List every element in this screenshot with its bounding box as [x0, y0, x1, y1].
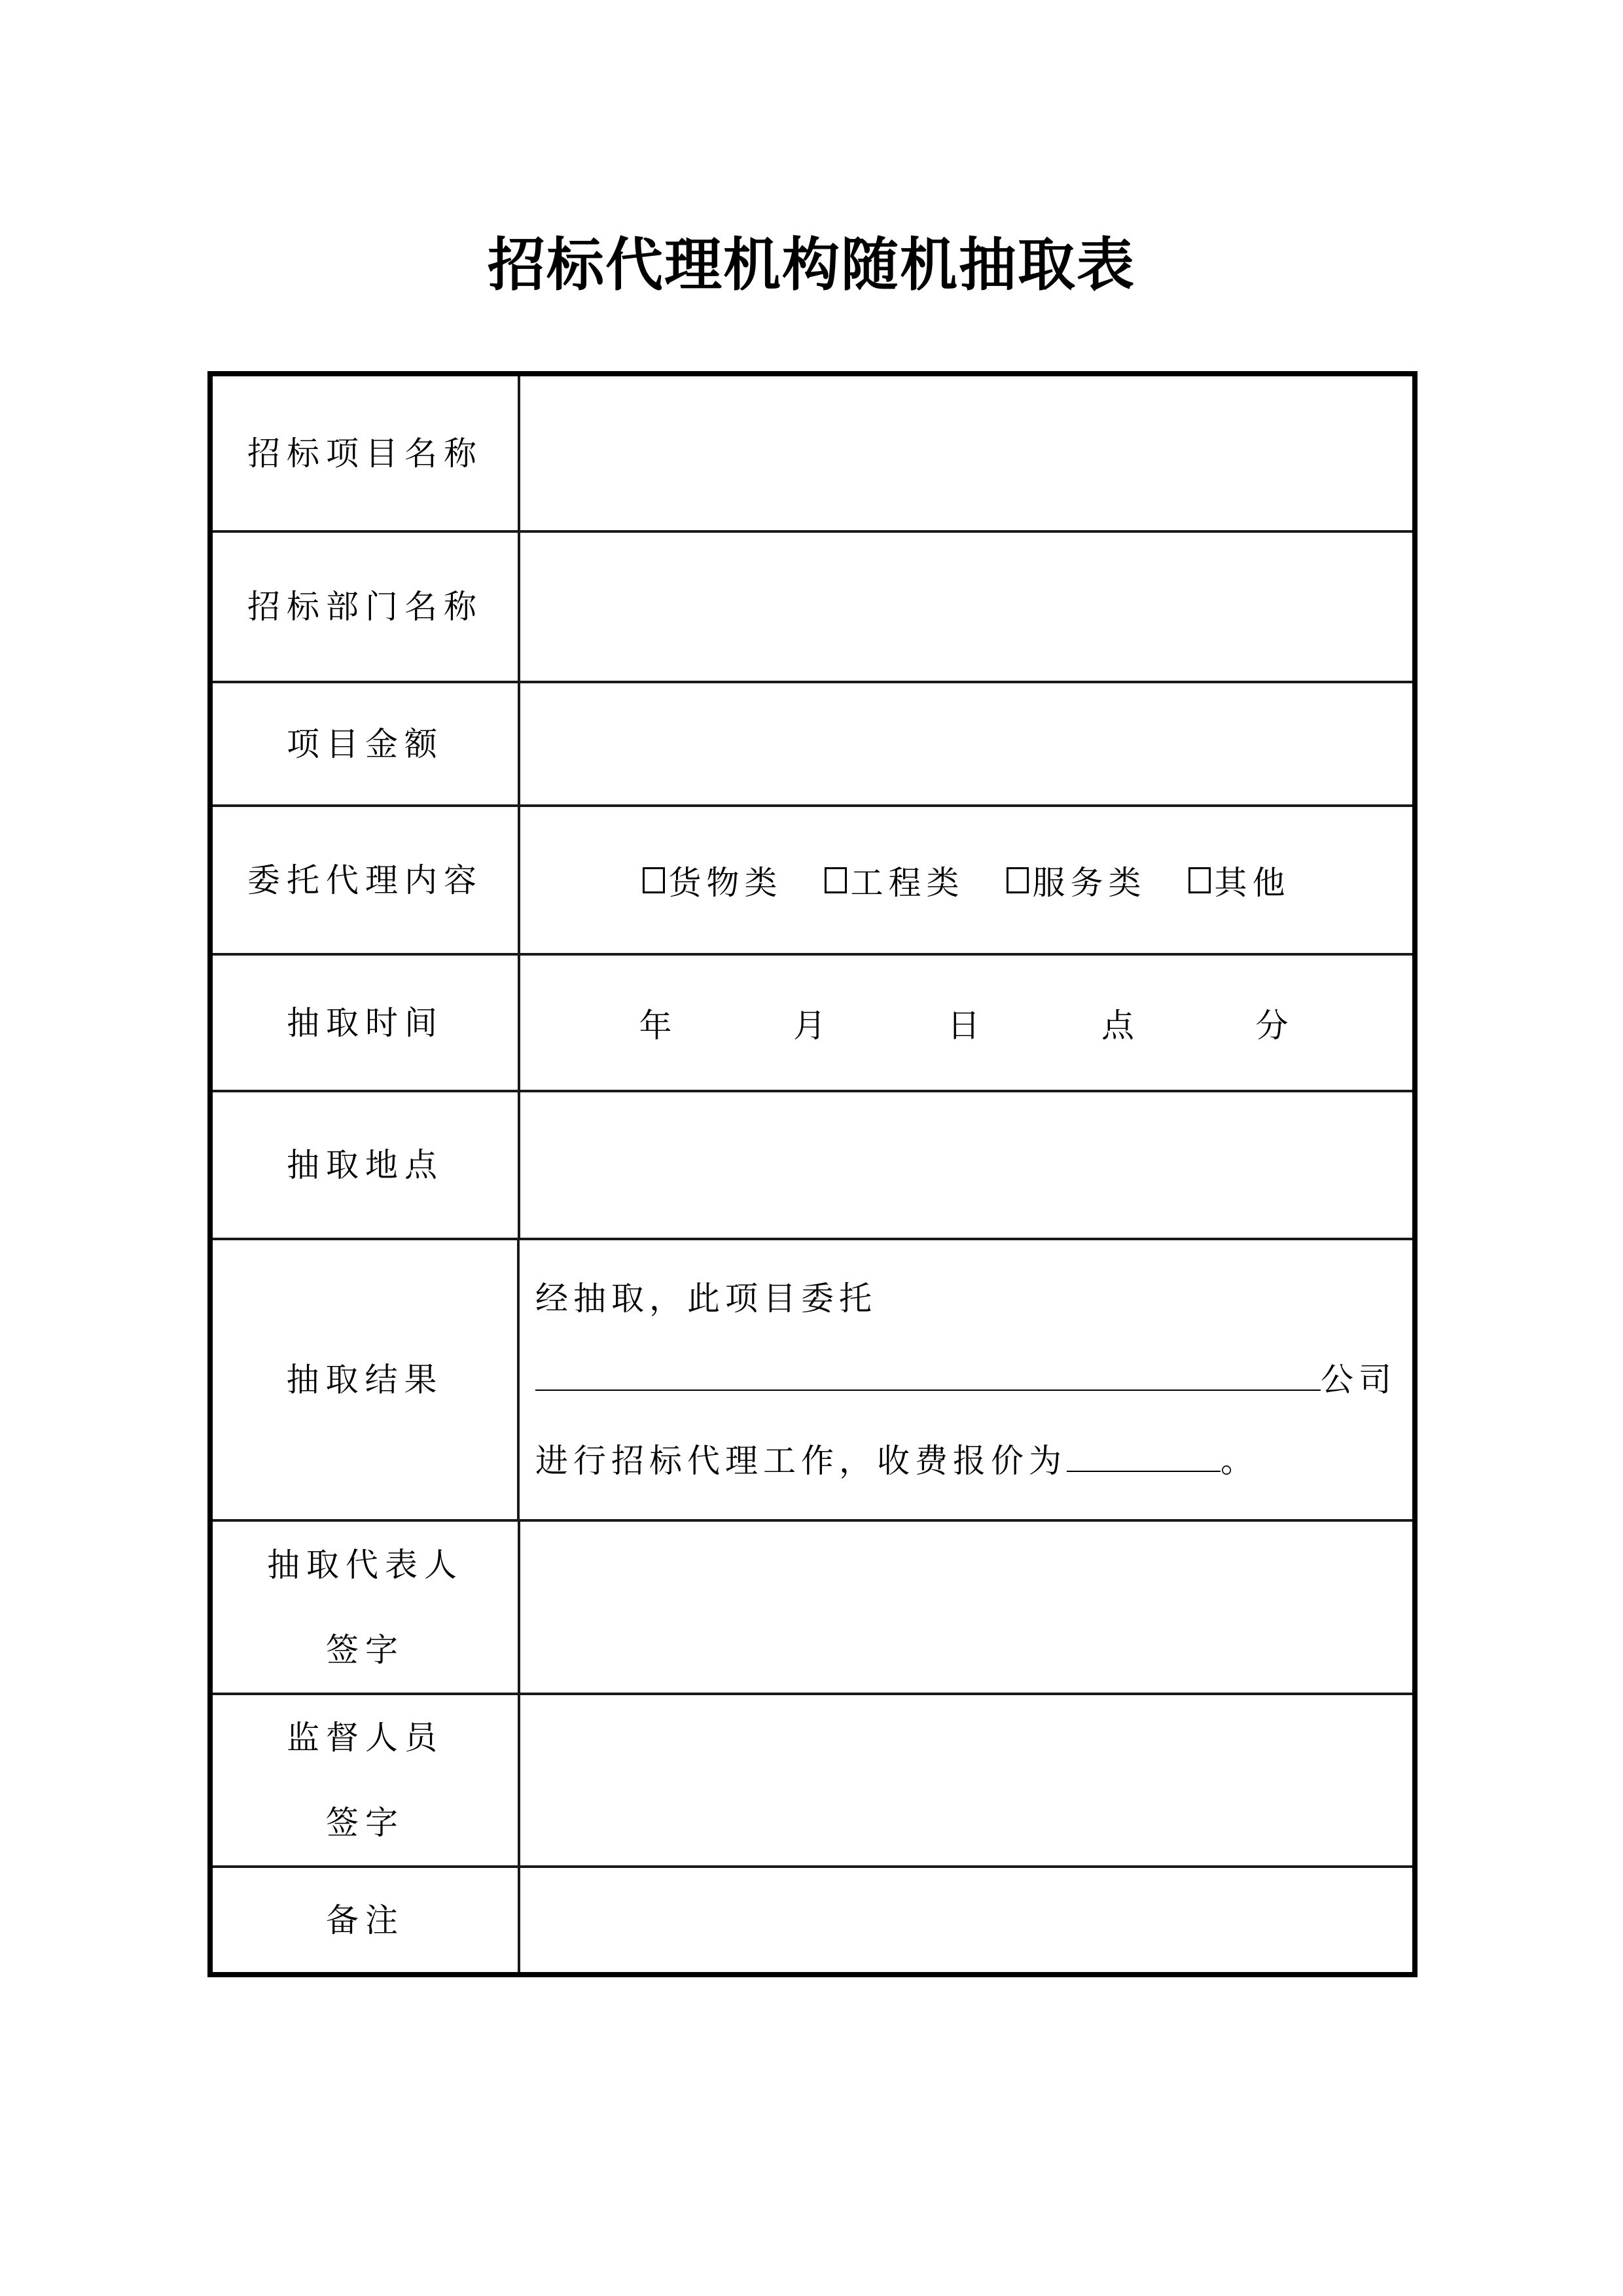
field-remarks[interactable] — [520, 1868, 1412, 1972]
checkbox-icon[interactable] — [1007, 867, 1029, 893]
result-line-1: 经抽取，此项目委托 — [535, 1258, 877, 1339]
option-services[interactable]: 服务类 — [1007, 857, 1147, 904]
label-draw-location: 抽取地点 — [213, 1092, 520, 1238]
fee-quote-blank[interactable] — [1067, 1444, 1221, 1472]
option-label: 其他 — [1215, 857, 1291, 904]
field-project-name[interactable] — [520, 376, 1412, 530]
label-text-line1: 监督人员 — [287, 1695, 444, 1780]
option-label: 工程类 — [851, 857, 965, 904]
option-label: 货物类 — [669, 857, 783, 904]
label-text: 抽取地点 — [287, 1122, 444, 1208]
label-text: 招标部门名称 — [247, 564, 483, 649]
checkbox-icon[interactable] — [825, 867, 847, 893]
label-draw-time: 抽取时间 — [213, 956, 520, 1090]
row-supervisor-signature: 监督人员 签字 — [213, 1693, 1412, 1865]
unit-year: 年 — [639, 999, 677, 1047]
unit-hour: 点 — [1101, 999, 1139, 1047]
unit-month: 月 — [793, 999, 831, 1047]
option-other[interactable]: 其他 — [1188, 857, 1291, 904]
label-text-line2: 签字 — [326, 1780, 404, 1865]
unit-day: 日 — [948, 999, 986, 1047]
row-draw-time: 抽取时间 年 月 日 点 分 — [213, 953, 1412, 1090]
field-draw-location[interactable] — [520, 1092, 1412, 1238]
field-project-amount[interactable] — [520, 683, 1412, 804]
option-goods[interactable]: 货物类 — [643, 857, 783, 904]
row-draw-result: 抽取结果 经抽取，此项目委托 公司 进行招标代理工作，收费报价为。 — [213, 1238, 1412, 1519]
selection-form-table: 招标项目名称 招标部门名称 项目金额 委托代理内容 货物类 工程类 服务类 其他… — [207, 371, 1418, 1977]
field-draw-result: 经抽取，此项目委托 公司 进行招标代理工作，收费报价为。 — [520, 1240, 1412, 1519]
company-name-blank[interactable] — [535, 1363, 1321, 1391]
field-department-name[interactable] — [520, 533, 1412, 681]
label-text: 抽取时间 — [287, 980, 444, 1066]
company-suffix: 公司 — [1321, 1361, 1397, 1399]
label-remarks: 备注 — [213, 1868, 520, 1972]
label-text-line1: 抽取代表人 — [267, 1522, 463, 1607]
checkbox-icon[interactable] — [643, 867, 665, 893]
label-agency-content: 委托代理内容 — [213, 807, 520, 953]
label-text: 委托代理内容 — [247, 838, 483, 923]
option-engineering[interactable]: 工程类 — [825, 857, 965, 904]
row-representative-signature: 抽取代表人 签字 — [213, 1519, 1412, 1693]
checkbox-icon[interactable] — [1188, 867, 1211, 893]
label-representative-signature: 抽取代表人 签字 — [213, 1522, 520, 1693]
label-text-line2: 签字 — [326, 1607, 404, 1693]
fee-suffix: 。 — [1221, 1442, 1258, 1480]
label-supervisor-signature: 监督人员 签字 — [213, 1695, 520, 1865]
field-draw-time[interactable]: 年 月 日 点 分 — [520, 956, 1412, 1090]
field-supervisor-signature[interactable] — [520, 1695, 1412, 1865]
row-project-amount: 项目金额 — [213, 681, 1412, 804]
label-text: 招标项目名称 — [247, 411, 483, 496]
unit-minute: 分 — [1256, 999, 1294, 1047]
fee-prefix: 进行招标代理工作，收费报价为 — [535, 1442, 1067, 1480]
label-project-name: 招标项目名称 — [213, 376, 520, 530]
field-representative-signature[interactable] — [520, 1522, 1412, 1693]
document-title: 招标代理机构随机抽取表 — [0, 226, 1623, 304]
row-project-name: 招标项目名称 — [213, 376, 1412, 530]
field-agency-content: 货物类 工程类 服务类 其他 — [520, 807, 1412, 953]
result-line-3: 进行招标代理工作，收费报价为。 — [535, 1420, 1258, 1501]
option-label: 服务类 — [1033, 857, 1147, 904]
label-project-amount: 项目金额 — [213, 683, 520, 804]
result-line-2: 公司 — [535, 1339, 1397, 1420]
label-draw-result: 抽取结果 — [213, 1240, 520, 1519]
row-draw-location: 抽取地点 — [213, 1090, 1412, 1238]
label-department-name: 招标部门名称 — [213, 533, 520, 681]
row-remarks: 备注 — [213, 1865, 1412, 1972]
row-department-name: 招标部门名称 — [213, 530, 1412, 681]
label-text: 备注 — [326, 1878, 404, 1963]
label-text: 抽取结果 — [287, 1337, 444, 1422]
label-text: 项目金额 — [287, 702, 444, 787]
row-agency-content: 委托代理内容 货物类 工程类 服务类 其他 — [213, 804, 1412, 953]
